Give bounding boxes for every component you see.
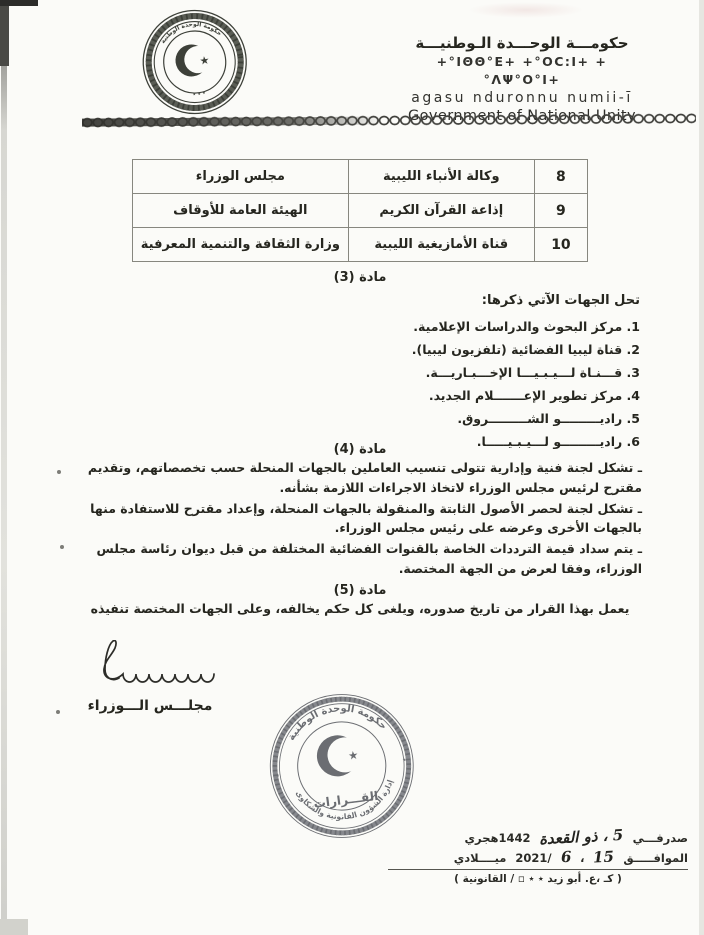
row-recipient: مجلس الوزراء — [133, 160, 349, 194]
signatory-title: مجلـــس الـــوزراء — [70, 698, 230, 714]
article-4-body: ـ تشكل لجنة فنية وإدارية تتولى تنسيب الع… — [70, 458, 642, 580]
letterhead-arabic-title: حكومـــة الوحـــدة الـوطنيـــة — [408, 34, 636, 53]
row-recipient: الهيئة العامة للأوقاف — [133, 194, 349, 228]
article-5-text: يعمل بهذا القرار من تاريخ صدوره، ويلغى ك… — [80, 601, 640, 616]
scan-bottom-smudge — [0, 919, 28, 935]
scan-right-edge — [699, 0, 704, 935]
hijri-suffix: 1442هجري — [465, 831, 531, 845]
gregorian-suffix: ميــــلادي — [454, 851, 507, 865]
svg-text:٭ ٭ ٭: ٭ ٭ ٭ — [192, 89, 208, 99]
article-3-list: 1. مركز البحوث والدراسات الإعلامية. 2. ق… — [412, 315, 640, 453]
gregorian-comma: ، — [580, 851, 584, 865]
row-entity: وكالة الأنباء الليبية — [348, 160, 534, 194]
gregorian-prefix: الموافـــــق — [623, 851, 688, 865]
row-number: 10 — [534, 228, 587, 262]
row-number: 9 — [534, 194, 587, 228]
gregorian-day: 15 — [593, 847, 615, 866]
scan-left-edge — [1, 0, 7, 935]
article-3-title: مادة (3) — [80, 270, 640, 285]
row-number: 8 — [534, 160, 587, 194]
government-emblem-crescent-star-icon: حكومة الوحدة الوطنية ٭ ٭ ٭ ★ — [130, 8, 260, 124]
article-4-clause: ـ تشكل لجنة لحصر الأصول الثابتة والمنقول… — [70, 499, 642, 539]
issuance-block: صدرفـــي 5 ، ذو القعدة 1442هجري الموافــ… — [388, 828, 688, 885]
dissolved-entity-item: 5. راديـــــــــو الشـــــــــروق. — [412, 407, 640, 430]
scan-speck — [57, 470, 61, 474]
row-entity: قناة الأمازيغية الليبية — [348, 228, 534, 262]
letterhead-tifinagh-line: +°ΙΘΘ°Ε+ +°ΟC:Ι+ +°ΛΨ°Ο°Ι+ — [408, 53, 636, 89]
chain-separator — [82, 111, 696, 134]
scan-ink-bleed-mark — [468, 2, 584, 18]
article-3-intro: تحل الجهات الآتي ذكرها: — [482, 293, 640, 308]
gregorian-month: 6 — [560, 848, 571, 867]
gregorian-year: 2021/ — [515, 851, 551, 865]
handwritten-signature — [74, 640, 224, 702]
reference-initials-line: ( كـ ،ع. أبو زيد ٭ ٭ ▫ / القانونية ) — [388, 873, 688, 885]
stamp-star-glyph: ★ — [347, 748, 359, 763]
dissolved-entity-item: 3. قـــنـاة لـــيـبـيـــا الإخـــبـاريــ… — [412, 361, 640, 384]
entities-transfer-table: 8 وكالة الأنباء الليبية مجلس الوزراء 9 إ… — [132, 159, 588, 262]
scan-speck — [56, 710, 60, 714]
table-row: 9 إذاعة القرآن الكريم الهيئة العامة للأو… — [133, 194, 588, 228]
row-entity: إذاعة القرآن الكريم — [348, 194, 534, 228]
scanned-decree-document: حكومة الوحدة الوطنية ٭ ٭ ٭ ★ حكومـــة ال… — [0, 0, 704, 935]
hijri-date-line: صدرفـــي 5 ، ذو القعدة 1442هجري — [388, 828, 688, 848]
hijri-prefix: صدرفـــي — [633, 831, 688, 845]
letterhead-latin-line: agasu nduronnu numii-ī — [408, 89, 636, 107]
article-4-clause: ـ يتم سداد قيمة الترددات الخاصة بالقنوات… — [70, 539, 642, 579]
gregorian-date-line: الموافـــــق 15 ، 6 2021/ ميــــلادي — [388, 848, 688, 870]
dissolved-entity-item: 2. قناة ليبيا الفضائية (تلفزيون ليبيا). — [412, 338, 640, 361]
article-5-title: مادة (5) — [80, 583, 640, 598]
logo-star-glyph: ★ — [199, 53, 211, 67]
logo-bottom-arc-text: ٭ ٭ ٭ — [192, 89, 208, 99]
scan-topleft-bar — [0, 0, 38, 6]
table-row: 10 قناة الأمازيغية الليبية وزارة الثقافة… — [133, 228, 588, 262]
table-row: 8 وكالة الأنباء الليبية مجلس الوزراء — [133, 160, 588, 194]
scan-topleft-shadow — [0, 0, 9, 66]
hijri-handwritten-date: 5 ، ذو القعدة — [539, 826, 624, 848]
row-recipient: وزارة الثقافة والتنمية المعرفية — [133, 228, 349, 262]
article-4-clause: ـ تشكل لجنة فنية وإدارية تتولى تنسيب الع… — [70, 458, 642, 498]
dissolved-entity-item: 1. مركز البحوث والدراسات الإعلامية. — [412, 315, 640, 338]
article-4-title: مادة (4) — [80, 442, 640, 457]
dissolved-entity-item: 4. مركز تطوير الإعـــــــلام الجديد. — [412, 384, 640, 407]
scan-speck — [60, 545, 64, 549]
